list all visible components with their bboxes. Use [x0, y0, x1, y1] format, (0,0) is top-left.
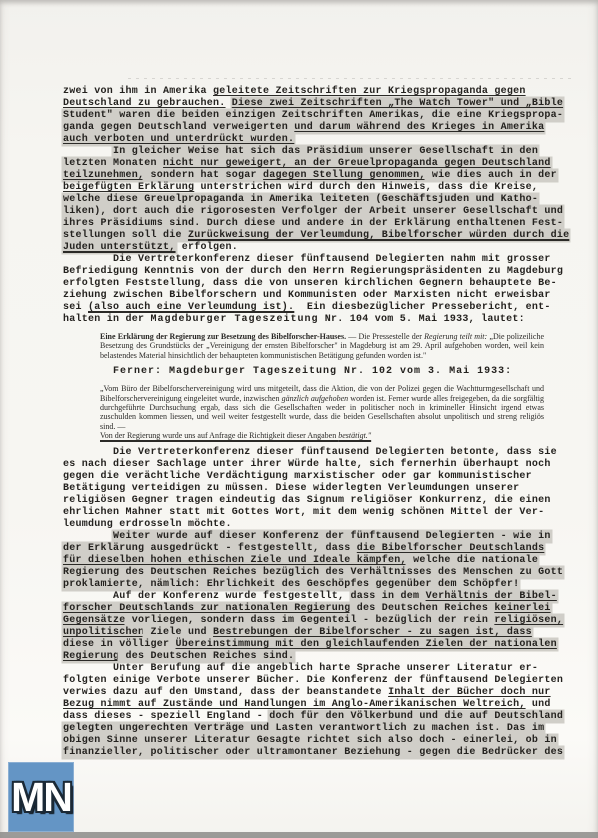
- typed-line: gegen die verächtliche Verdächtigung mar…: [63, 471, 575, 483]
- text-segment: Ferner: Magdeburger Tageszeitung Nr. 102…: [113, 366, 512, 377]
- press-quote-paragraph: Eine Erklärung der Regierung zur Besetzu…: [100, 332, 544, 360]
- text-segment: Unter Berufung auf die angeblich harte S…: [63, 663, 538, 674]
- typed-line: Regierung des Deutschen Reiches bezüglic…: [63, 567, 575, 579]
- typed-line: welche diese Greuelpropaganda in Amerika…: [63, 194, 575, 206]
- typed-line: zwei von ihm in Amerika geleitete Zeitsc…: [63, 86, 575, 98]
- document-text: zwei von ihm in Amerika geleitete Zeitsc…: [63, 86, 575, 759]
- typed-line: Regierung des Deutschen Reiches sind.: [63, 651, 575, 663]
- text-segment: folgten einige Verbote unserer Bücher. D…: [63, 675, 563, 686]
- text-segment: Auf der Konferenz wurde festgestellt,: [63, 591, 351, 602]
- typed-line: auch verboten und unterdrückt wurden.: [63, 134, 575, 146]
- text-segment: liken), dort auch die rigorosesten Verfo…: [63, 206, 563, 217]
- typed-line: der Erklärung ausgedrückt - festgestellt…: [63, 543, 575, 555]
- typed-line: Die Vertreterkonferenz dieser fünftausen…: [63, 447, 575, 459]
- typed-line: sei (also auch eine Verleumdung ist). Ei…: [63, 302, 575, 314]
- typed-line: Betätigung verteidigen zu müssen. Diese …: [63, 483, 575, 495]
- typed-line: erfolgten Feststellung, dass die von uns…: [63, 278, 575, 290]
- text-segment: welche die nationale: [407, 555, 538, 566]
- press-quote-paragraph: „Vom Büro der Bibelforschervereinigung w…: [100, 384, 544, 431]
- text-segment: für dieselben hohen ethischen Ziele und …: [63, 555, 407, 566]
- typed-line: religiösen Gegner tragen eindeutig das S…: [63, 495, 575, 507]
- text-segment: erfolgten Feststellung, dass die von uns…: [63, 278, 557, 289]
- text-segment: diese in völliger: [63, 639, 176, 650]
- typed-line: proklamierte, nämlich: Ehrlichkeit des G…: [63, 579, 575, 591]
- typed-line: Befriedigung Kenntnis von der durch den …: [63, 266, 575, 278]
- text-segment: und: [526, 699, 551, 710]
- text-segment: sei: [63, 302, 88, 313]
- text-segment: — Die Pressestelle der: [346, 332, 424, 341]
- typed-line: halten in der Magdeburger Tageszeitung N…: [63, 314, 575, 326]
- text-segment: unterstrichen wird durch den Hinweis, da…: [194, 182, 538, 193]
- text-segment: nicht nur geweigert, an der Greuelpropag…: [163, 158, 551, 169]
- text-segment: ehrlichen Mahner statt mit Gottes Wort, …: [63, 507, 544, 518]
- text-segment: geleitete Zeitschriften zur Kriegspropag…: [213, 86, 526, 97]
- text-segment: dagegen Stellung genommen,: [263, 170, 426, 181]
- text-segment: [226, 98, 232, 109]
- text-segment: religiösen,: [494, 615, 563, 626]
- mn-logo: MN: [8, 762, 74, 832]
- text-segment: [63, 146, 113, 157]
- typed-line: Die Vertreterkonferenz dieser fünftausen…: [63, 254, 575, 266]
- text-segment: Regierung des Deutschen Reiches bezüglic…: [63, 567, 563, 578]
- typed-line: Auf der Konferenz wurde festgestellt, da…: [63, 591, 575, 603]
- text-segment: [63, 531, 113, 542]
- typed-line: unpolitischen Ziele und Bestrebungen der…: [63, 627, 575, 639]
- text-segment: Übereinstimmung mit den gleichlaufenden …: [176, 639, 557, 650]
- text-segment: des Deutschen Reiches: [351, 603, 495, 614]
- text-segment: Juden unterstützt,: [63, 242, 176, 253]
- text-segment: religiösen Gegner tragen eindeutig das S…: [63, 495, 551, 506]
- text-segment: es nach dieser Sachlage unter ihrer Würd…: [63, 459, 551, 470]
- text-segment: Student" waren die beiden einzigen Zeits…: [63, 110, 563, 121]
- typed-line: teilzunehmen, sondern hat sogar dagegen …: [63, 170, 575, 182]
- text-segment: Die Vertreterkonferenz dieser fünftausen…: [63, 447, 557, 458]
- text-segment: vorliegen, sondern dass im Gegenteil - b…: [126, 615, 495, 626]
- text-segment: letzten Monaten: [63, 158, 163, 169]
- text-segment: Inhalt der Bücher doch nur: [388, 687, 551, 698]
- text-segment: zwei von ihm in Amerika: [63, 86, 213, 97]
- text-segment: proklamierte, nämlich: Ehrlichkeit des G…: [63, 579, 519, 590]
- text-segment: teilzunehmen,: [63, 170, 144, 181]
- typed-line: Juden unterstützt, erfolgen.: [63, 242, 575, 254]
- text-segment: Ziele und: [144, 627, 213, 638]
- typed-line: ihres Präsidiums sind. Durch diese und a…: [63, 218, 575, 230]
- typed-line: folgten einige Verbote unserer Bücher. D…: [63, 675, 575, 687]
- text-segment: stellungen soll die: [63, 230, 188, 241]
- text-segment: die Bibelforscher Deutschlands: [357, 543, 545, 554]
- press-quote: „Vom Büro der Bibelforschervereinigung w…: [100, 384, 544, 440]
- text-segment: unpolitischen: [63, 627, 144, 638]
- text-segment: Ein diesbezüglicher Pressebericht, ent-: [294, 302, 550, 313]
- typed-line: letzten Monaten nicht nur geweigert, an …: [63, 158, 575, 170]
- typed-line: liken), dort auch die rigorosesten Verfo…: [63, 206, 575, 218]
- typed-line: beigefügten Erklärung unterstrichen wird…: [63, 182, 575, 194]
- text-segment: welche diese Greuelpropaganda in Amerika…: [63, 194, 538, 205]
- typed-line: obigen Sinne unserer Literatur Gesagte r…: [63, 735, 575, 747]
- text-segment: Deutschland zu gebrauchen.: [63, 98, 226, 109]
- typed-line: stellungen soll die Zurückweisung der Ve…: [63, 230, 575, 242]
- text-segment: doch für den Völkerbund und die auf Deut…: [269, 711, 563, 722]
- text-segment: finanzieller, politischer oder ultramont…: [63, 747, 563, 758]
- text-segment: Gegensätze: [63, 615, 126, 626]
- text-segment: forscher Deutschlands zur nationalen Reg…: [63, 603, 351, 614]
- typed-line: Weiter wurde auf dieser Konferenz der fü…: [63, 531, 575, 543]
- typed-line: gelegten ungerechten Verträge und Lasten…: [63, 723, 575, 735]
- text-segment: des Deutschen Reiches sind.: [119, 651, 294, 662]
- text-segment: Von der Regierung wurde uns auf Anfrage …: [100, 431, 338, 440]
- text-segment: Magdeburger Tageszeitung: [151, 314, 319, 325]
- press-quote: Eine Erklärung der Regierung zur Besetzu…: [100, 332, 544, 360]
- text-segment: dass dieses - speziell England -: [63, 711, 269, 722]
- text-segment: Regierung: [63, 651, 119, 662]
- text-segment: Bestrebungen der Bibelforscher - zu sage…: [213, 627, 532, 638]
- text-segment: (also auch eine Verleumdung ist).: [88, 302, 294, 313]
- text-segment: ziehung zwischen Bibelforschern und Komm…: [63, 290, 551, 301]
- typed-line: leumdung erdrosseln möchte.: [63, 519, 575, 531]
- press-quote-paragraph: Von der Regierung wurde uns auf Anfrage …: [100, 431, 544, 440]
- text-segment: beigefügten Erklärung: [63, 182, 194, 193]
- text-segment: bestätigt.": [338, 431, 371, 440]
- scan-artifact-line: [128, 78, 576, 79]
- text-segment: der Erklärung ausgedrückt - festgestellt…: [63, 543, 357, 554]
- text-segment: Die Vertreterkonferenz dieser fünftausen…: [63, 254, 551, 265]
- text-segment: ihres Präsidiums sind. Durch diese und a…: [63, 218, 563, 229]
- text-segment: ganda gegen Deutschland verweigerten: [63, 122, 294, 133]
- typed-line: dass dieses - speziell England - doch fü…: [63, 711, 575, 723]
- typed-line: verwies dazu auf den Umstand, dass der b…: [63, 687, 575, 699]
- text-segment: Bezug nimmt auf Zustände und Handlungen …: [63, 699, 526, 710]
- text-segment: [63, 366, 113, 377]
- text-segment: Eine Erklärung der Regierung zur Besetzu…: [100, 332, 346, 341]
- typed-line: In gleicher Weise hat sich das Präsidium…: [63, 146, 575, 158]
- text-segment: Befriedigung Kenntnis von der durch den …: [63, 266, 563, 277]
- text-segment: dass in dem: [351, 591, 426, 602]
- typed-line: forscher Deutschlands zur nationalen Reg…: [63, 603, 575, 615]
- text-segment: obigen Sinne unserer Literatur Gesagte r…: [63, 735, 557, 746]
- typed-line: Gegensätze vorliegen, sondern dass im Ge…: [63, 615, 575, 627]
- text-segment: Zurückweisung der Verleumdung, Bibelfors…: [188, 230, 569, 241]
- text-segment: gelegten ungerechten Verträge und Lasten…: [63, 723, 544, 734]
- text-segment: leumdung erdrosseln möchte.: [63, 519, 232, 530]
- typed-line: Bezug nimmt auf Zustände und Handlungen …: [63, 699, 575, 711]
- typed-line: Student" waren die beiden einzigen Zeits…: [63, 110, 575, 122]
- scanned-page: zwei von ihm in Amerika geleitete Zeitsc…: [0, 0, 598, 838]
- mn-logo-text: MN: [11, 774, 71, 821]
- typed-line: Ferner: Magdeburger Tageszeitung Nr. 102…: [63, 366, 575, 378]
- text-segment: Betätigung verteidigen zu müssen. Diese …: [63, 483, 519, 494]
- text-segment: Diese zwei Zeitschriften „The Watch Towe…: [232, 98, 563, 109]
- text-segment: Nr. 104 vom 5. Mai 1933, lautet:: [319, 314, 525, 325]
- text-segment: und darum während des Krieges in Amerika: [294, 122, 544, 133]
- text-segment: gänzlich aufgehoben: [282, 394, 349, 403]
- text-segment: Regierung teilt mit:: [424, 332, 487, 341]
- text-segment: sondern hat sogar: [144, 170, 263, 181]
- text-segment: In gleicher Weise hat sich das Präsidium…: [113, 146, 538, 157]
- text-segment: erfolgen.: [176, 242, 239, 253]
- text-segment: halten in der: [63, 314, 151, 325]
- text-segment: keinerlei: [494, 603, 550, 614]
- text-segment: wie dies auch in der: [426, 170, 557, 181]
- text-segment: auch verboten und unterdrückt wurden.: [63, 134, 294, 145]
- typed-line: ganda gegen Deutschland verweigerten und…: [63, 122, 575, 134]
- typed-line: ziehung zwischen Bibelforschern und Komm…: [63, 290, 575, 302]
- text-segment: gegen die verächtliche Verdächtigung mar…: [63, 471, 532, 482]
- typed-line: es nach dieser Sachlage unter ihrer Würd…: [63, 459, 575, 471]
- typed-line: für dieselben hohen ethischen Ziele und …: [63, 555, 575, 567]
- typed-line: ehrlichen Mahner statt mit Gottes Wort, …: [63, 507, 575, 519]
- text-segment: Weiter wurde auf dieser Konferenz der fü…: [113, 531, 551, 542]
- text-segment: verwies dazu auf den Umstand, dass der b…: [63, 687, 388, 698]
- text-segment: Verhältnis der Bibel-: [426, 591, 557, 602]
- typed-line: Unter Berufung auf die angeblich harte S…: [63, 663, 575, 675]
- typed-line: finanzieller, politischer oder ultramont…: [63, 747, 575, 759]
- typed-line: diese in völliger Übereinstimmung mit de…: [63, 639, 575, 651]
- typed-line: Deutschland zu gebrauchen. Diese zwei Ze…: [63, 98, 575, 110]
